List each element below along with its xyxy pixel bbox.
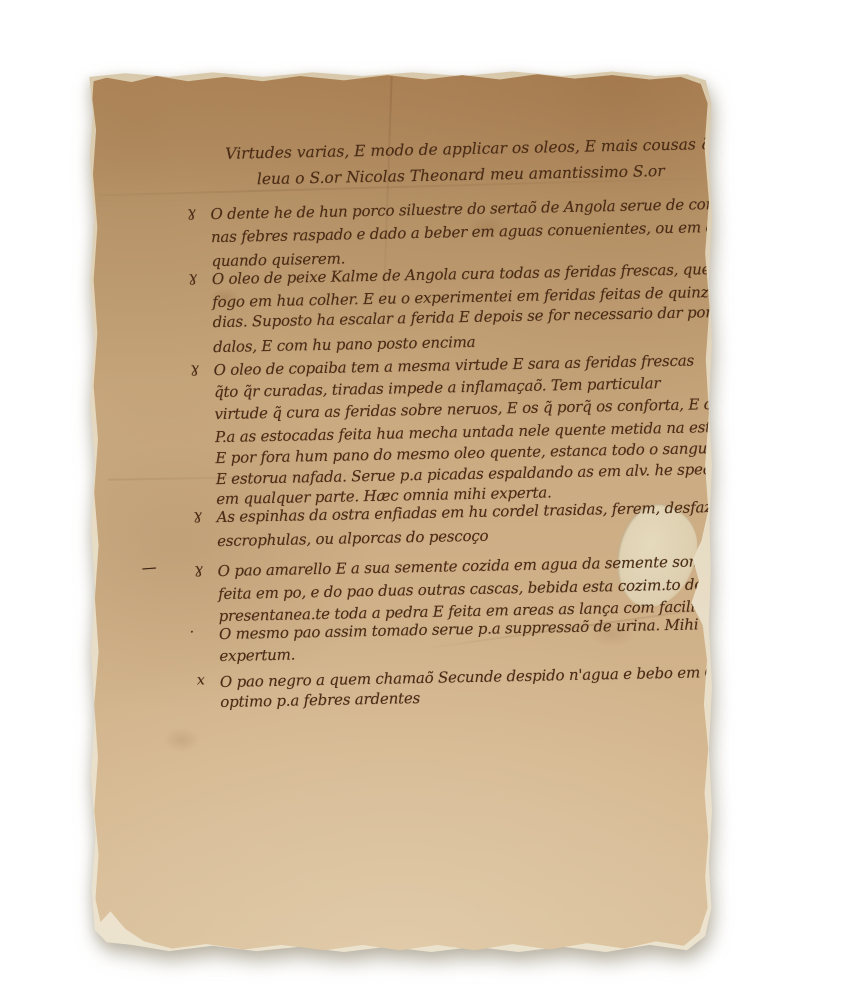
item-marker: ɣ — [182, 269, 204, 285]
text-line: escrophulas, ou alporcas do pescoço — [217, 526, 489, 551]
heading: Virtudes varias, E modo de applicar os o… — [225, 131, 696, 192]
text-line: O pao negro a quem chamaõ Secunde despid… — [220, 661, 712, 692]
item-marker: ɣ — [180, 204, 202, 220]
handwritten-text-layer: Virtudes varias, E modo de applicar os o… — [88, 68, 712, 952]
text-line: optimo p.a febres ardentes — [220, 688, 420, 712]
photo-canvas: Virtudes varias, E modo de applicar os o… — [0, 0, 848, 1000]
item-marker: ɣ — [183, 360, 205, 376]
manuscript-page: Virtudes varias, E modo de applicar os o… — [88, 68, 712, 952]
paper-front-surface: Virtudes varias, E modo de applicar os o… — [88, 68, 712, 952]
item-marker: ɣ — [186, 507, 208, 523]
margin-dash-mark: — — [141, 558, 157, 577]
item-marker: x — [190, 672, 212, 688]
text-line: dalos, E com hu pano posto encima — [213, 332, 476, 357]
text-line: expertum. — [219, 645, 295, 667]
item-marker: ɣ — [188, 561, 210, 577]
item-marker: · — [181, 624, 203, 640]
